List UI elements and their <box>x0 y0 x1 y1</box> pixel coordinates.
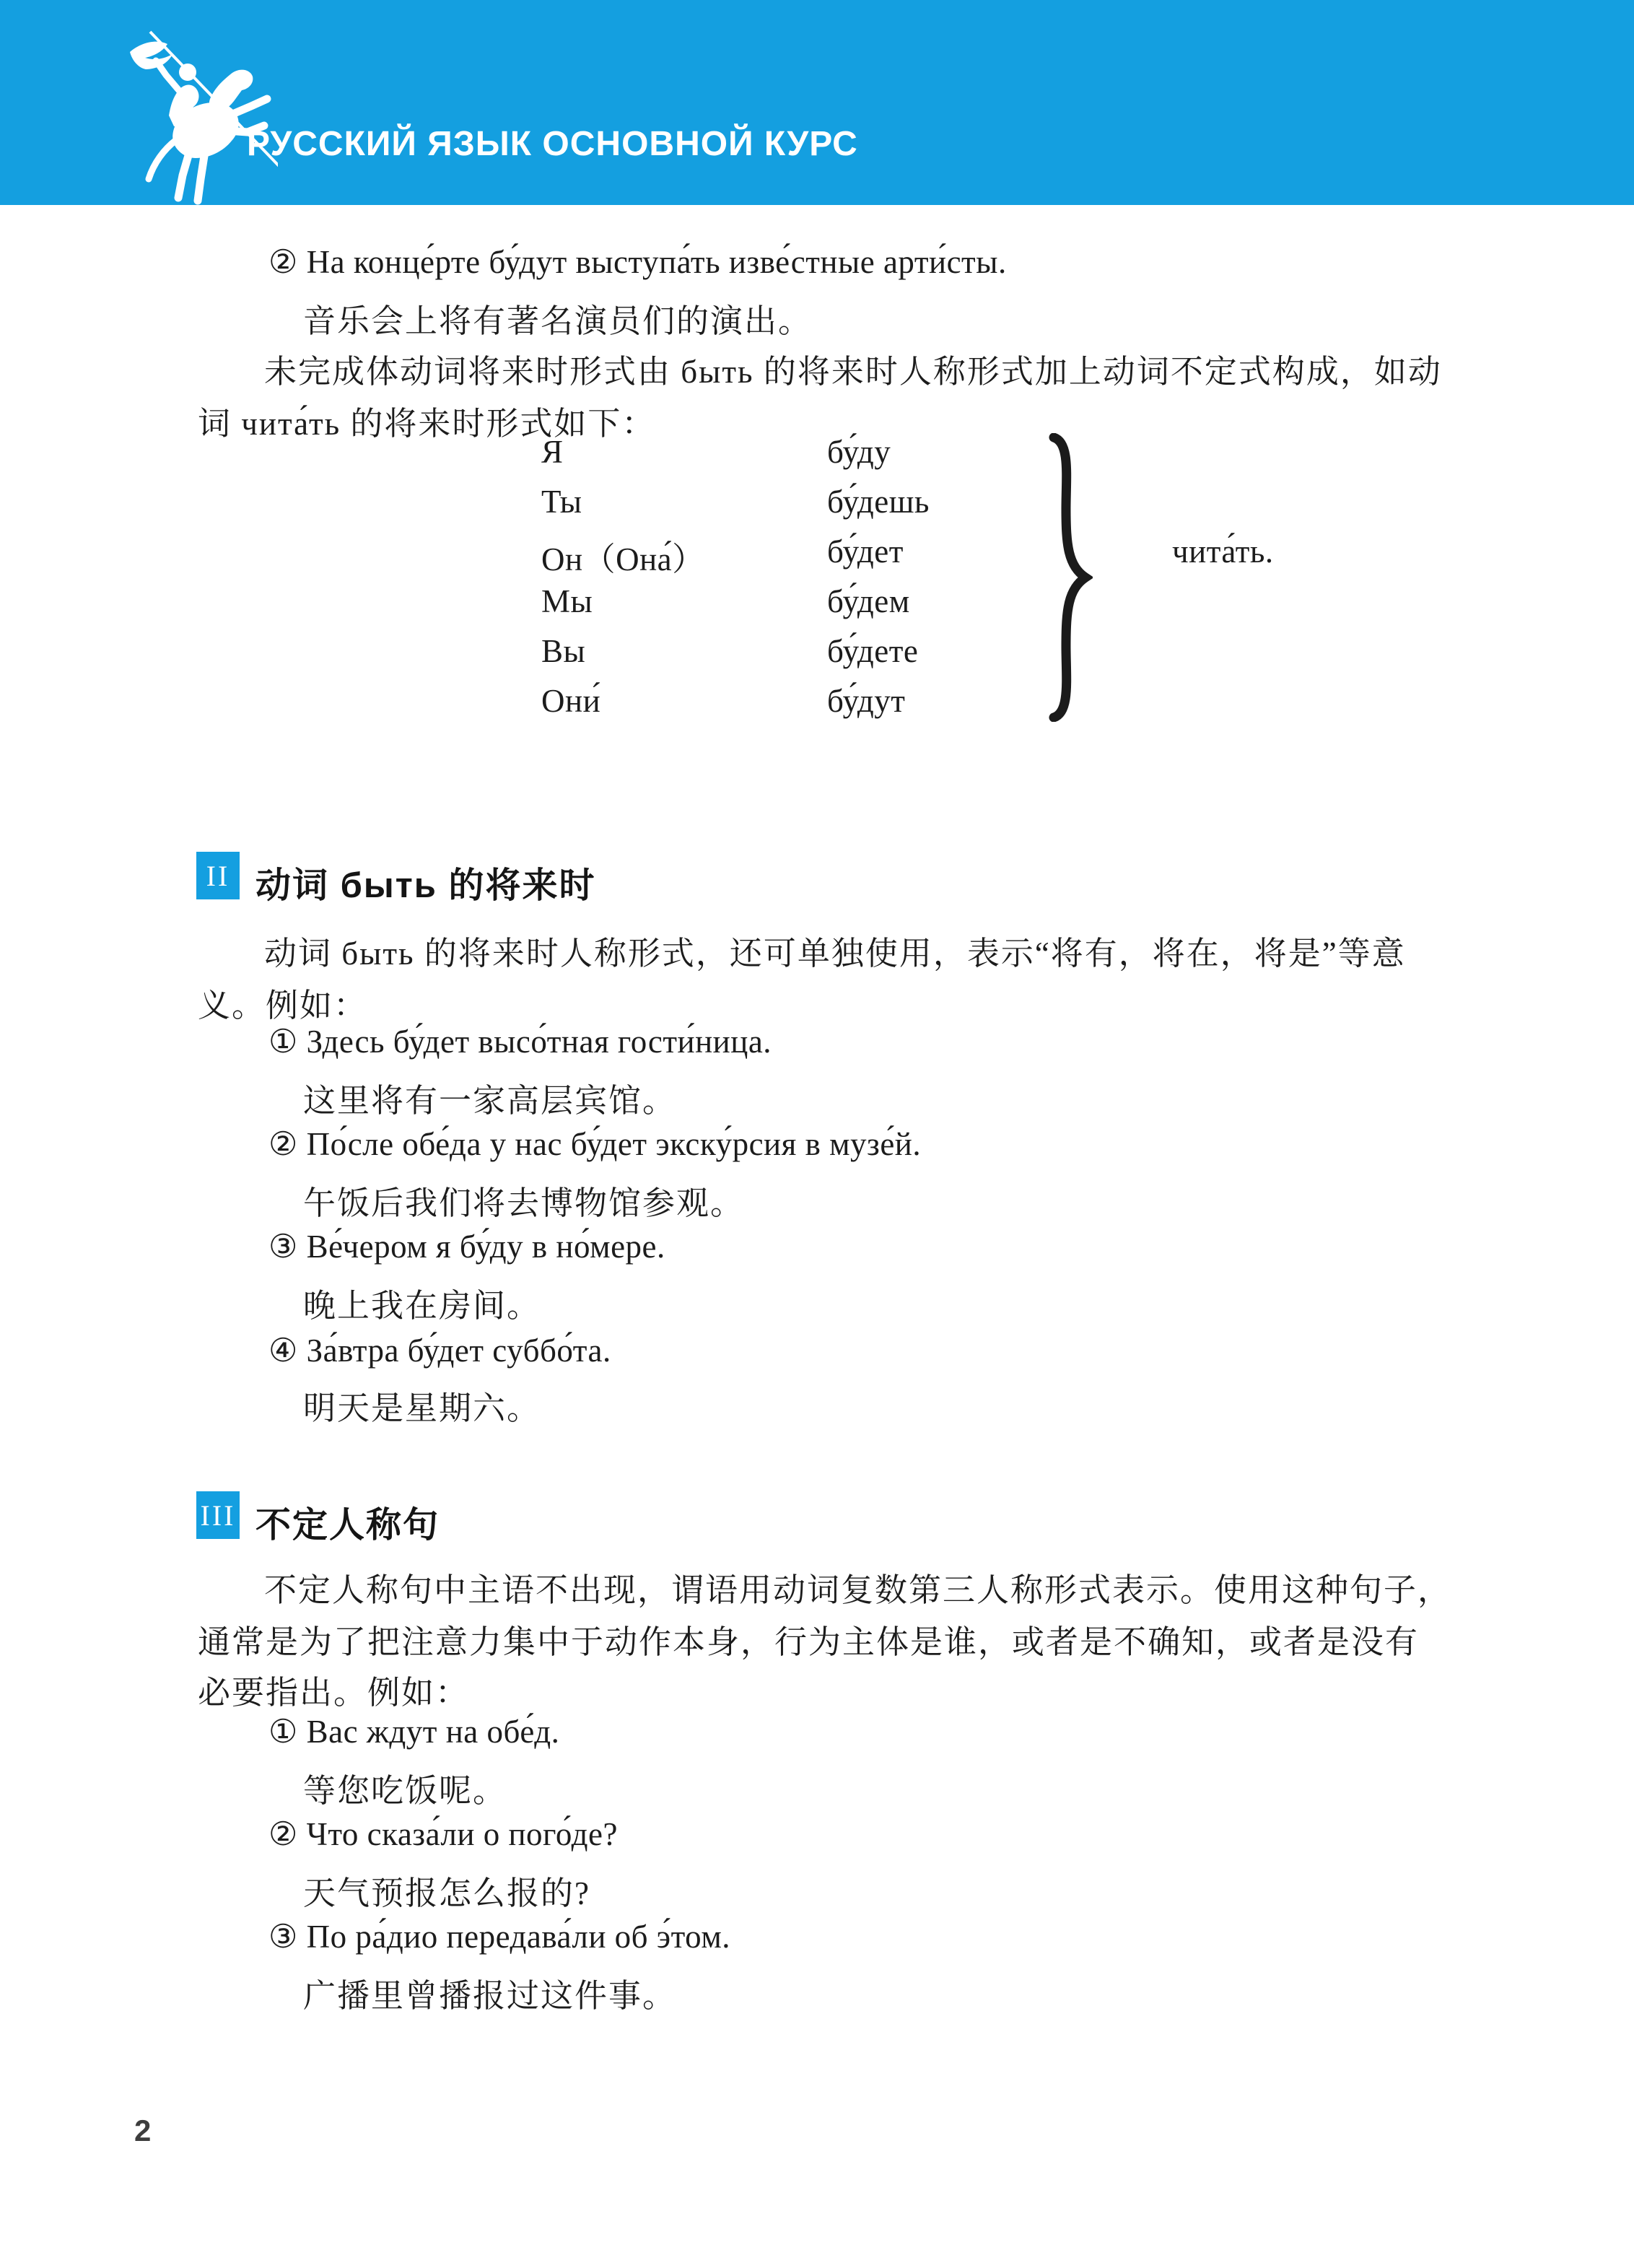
section-iii-number-badge: III <box>196 1491 240 1539</box>
verb-form-cell: бу́дет <box>827 533 904 570</box>
example-zh-line: 午饭后我们将去博物馆参观。 <box>303 1177 744 1224</box>
pronoun-cell: Они́ <box>541 682 600 720</box>
example-zh-line: 音乐会上将有著名演员们的演出。 <box>303 295 812 341</box>
page-number: 2 <box>134 2114 151 2148</box>
section-iii-paragraph-line: 必要指出。例如： <box>198 1666 469 1713</box>
verb-form-cell: бу́дем <box>827 583 910 620</box>
right-curly-brace-icon <box>1047 433 1093 722</box>
horse-rear-leg-1 <box>178 153 189 198</box>
horse-rider-logo-icon <box>108 30 278 205</box>
example-ru-line: ③ Ве́чером я бу́ду в но́мере. <box>268 1227 665 1265</box>
section-ii-title: 动词 быть 的将来时 <box>255 858 595 908</box>
verb-form-cell: бу́дете <box>827 632 918 670</box>
example-zh-line: 这里将有一家高层宾馆。 <box>303 1074 676 1121</box>
horse-front-leg-1 <box>231 99 267 115</box>
header-band: РУССКИЙ ЯЗЫК ОСНОВНОЙ КУРС <box>0 0 1634 205</box>
horse-rear-leg-2 <box>198 156 204 201</box>
horse-tail <box>149 140 176 179</box>
section-iii-paragraph-line: 通常是为了把注意力集中于动作本身，行为主体是谁，或者是不确知，或者是没有 <box>198 1615 1419 1662</box>
rider-arm <box>156 61 182 94</box>
example-ru-line: ② По́сле обе́да у нас бу́дет экску́рсия … <box>268 1125 921 1163</box>
book-series-title: РУССКИЙ ЯЗЫК ОСНОВНОЙ КУРС <box>247 124 858 164</box>
example-zh-line: 晚上我在房间。 <box>303 1279 541 1326</box>
verb-form-cell: бу́дут <box>827 682 905 720</box>
rider-head <box>179 64 196 81</box>
section-ii-paragraph-line: 动词 быть 的将来时人称形式，还可单独使用，表示“将有，将在，将是”等意 <box>264 927 1406 974</box>
example-zh-line: 等您吃饭呢。 <box>303 1764 507 1811</box>
pronoun-cell: Я <box>541 433 564 471</box>
example-ru-line: ③ По ра́дио передава́ли об э́том. <box>268 1917 730 1955</box>
pronoun-cell: Ты <box>541 483 582 520</box>
section-iii-title: 不定人称句 <box>255 1497 440 1548</box>
example-zh-line: 广播里曾播报过这件事。 <box>303 1969 676 2016</box>
section-iii-paragraph-line: 不定人称句中主语不出现，谓语用动词复数第三人称形式表示。使用这种句子， <box>264 1563 1451 1610</box>
example-zh-line: 天气预报怎么报的? <box>303 1867 590 1914</box>
example-ru-line: ② Что сказа́ли о пого́де? <box>268 1815 618 1853</box>
textbook-page: РУССКИЙ ЯЗЫК ОСНОВНОЙ КУРС ② На конце́рт… <box>0 0 1634 2268</box>
example-ru-line: ④ За́втра бу́дет суббо́та. <box>268 1331 611 1369</box>
grammar-paragraph-line: 词 чита́ть 的将来时形式如下： <box>198 397 655 444</box>
verb-form-cell: бу́ду <box>827 433 891 471</box>
banner-shape <box>130 42 172 69</box>
pronoun-cell: Он（Она́） <box>541 533 705 580</box>
section-ii-paragraph-line: 义。例如： <box>198 979 367 1026</box>
pronoun-cell: Мы <box>541 583 593 620</box>
section-ii-number-badge: II <box>196 852 240 899</box>
grammar-paragraph-line: 未完成体动词将来时形式由 быть 的将来时人称形式加上动词不定式构成，如动 <box>264 345 1442 392</box>
pronoun-cell: Вы <box>541 632 585 670</box>
example-ru-line: ① Здесь бу́дет высо́тная гости́ница. <box>268 1022 772 1060</box>
example-ru-line: ① Вас ждут на обе́д. <box>268 1712 559 1750</box>
verb-form-cell: бу́дешь <box>827 483 930 520</box>
example-zh-line: 明天是星期六。 <box>303 1382 541 1429</box>
shared-infinitive-label: чита́ть. <box>1172 533 1274 570</box>
example-ru-line: ② На конце́рте бу́дут выступа́ть изве́ст… <box>268 243 1007 281</box>
